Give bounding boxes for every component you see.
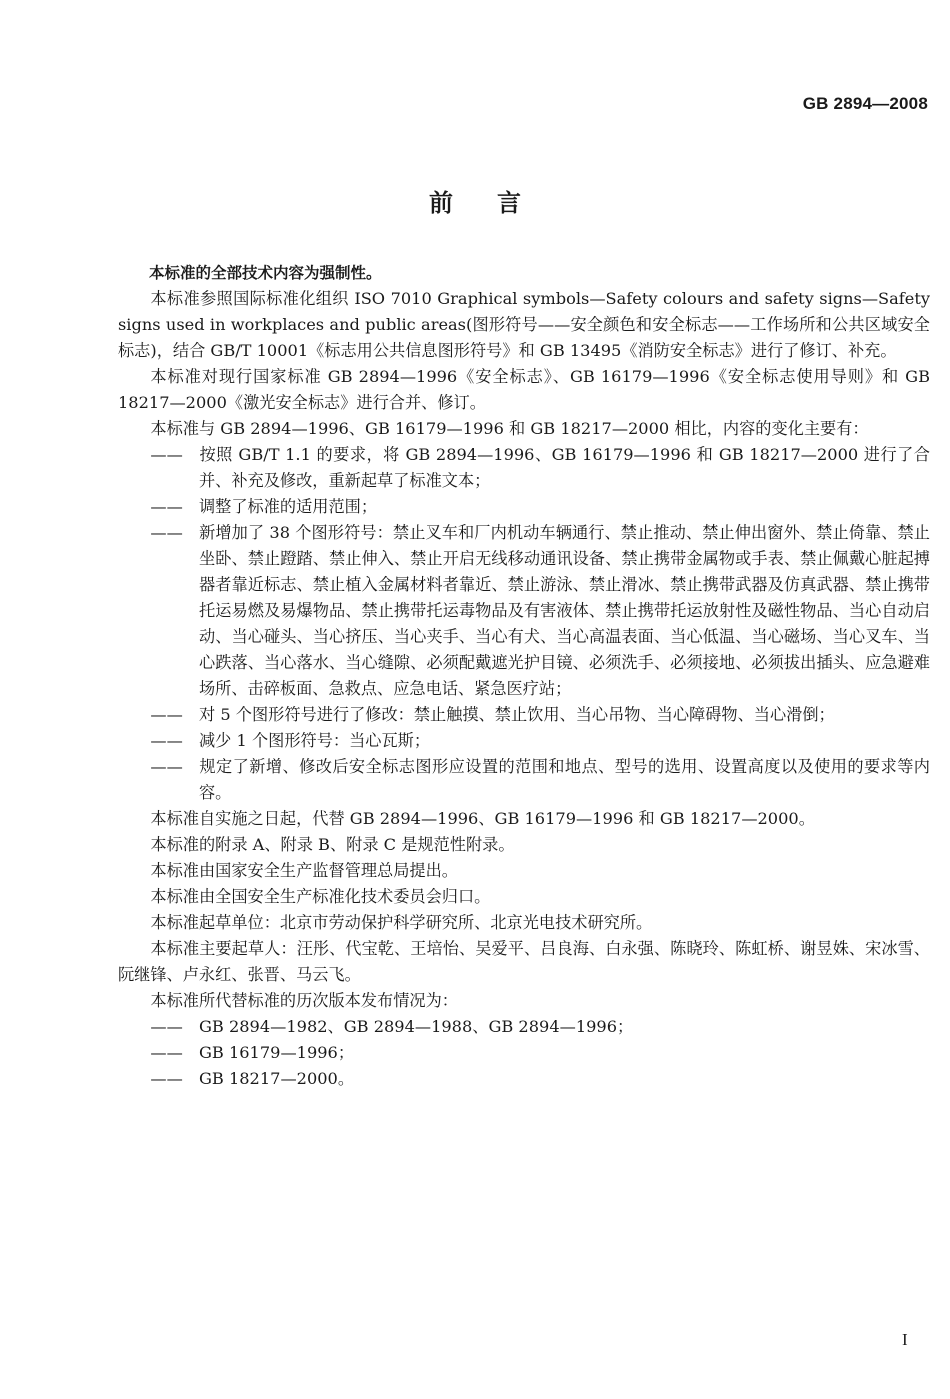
em-dash: —— — [150, 494, 199, 520]
mandatory-statement: 本标准的全部技术内容为强制性。 — [118, 260, 930, 286]
em-dash: —— — [150, 1066, 199, 1092]
em-dash: —— — [150, 520, 199, 546]
paragraph-replacement: 本标准自实施之日起，代替 GB 2894—1996、GB 16179—1996 … — [118, 806, 930, 832]
list-item-history: ——GB 16179—1996； — [150, 1040, 930, 1066]
standard-code: GB 2894—2008 — [803, 94, 928, 114]
paragraph-committee: 本标准由全国安全生产标准化技术委员会归口。 — [118, 884, 930, 910]
list-item-history: ——GB 18217—2000。 — [150, 1066, 930, 1092]
paragraph-drafting-units: 本标准起草单位：北京市劳动保护科学研究所、北京光电技术研究所。 — [118, 910, 930, 936]
list-item-change: ——规定了新增、修改后安全标志图形应设置的范围和地点、型号的选用、设置高度以及使… — [150, 754, 930, 806]
paragraph-history-intro: 本标准所代替标准的历次版本发布情况为： — [118, 988, 930, 1014]
list-item-change: ——按照 GB/T 1.1 的要求，将 GB 2894—1996、GB 1617… — [150, 442, 930, 494]
page-title: 前言 — [0, 183, 950, 218]
list-item-change: ——新增加了 38 个图形符号：禁止叉车和厂内机动车辆通行、禁止推动、禁止伸出窗… — [150, 520, 930, 702]
em-dash: —— — [150, 754, 199, 780]
em-dash: —— — [150, 1040, 199, 1066]
paragraph-merge: 本标准对现行国家标准 GB 2894—1996《安全标志》、GB 16179—1… — [118, 364, 930, 416]
em-dash: —— — [150, 702, 199, 728]
em-dash: —— — [150, 728, 199, 754]
document-body: 本标准的全部技术内容为强制性。 本标准参照国际标准化组织 ISO 7010 Gr… — [118, 260, 930, 1092]
paragraph-drafters: 本标准主要起草人：汪彤、代宝乾、王培怡、吴爱平、吕良海、白永强、陈晓玲、陈虹桥、… — [118, 936, 930, 988]
paragraph-reference-iso: 本标准参照国际标准化组织 ISO 7010 Graphical symbols—… — [118, 286, 930, 364]
list-item-change: ——对 5 个图形符号进行了修改：禁止触摸、禁止饮用、当心吊物、当心障碍物、当心… — [150, 702, 930, 728]
list-item-change: ——调整了标准的适用范围； — [150, 494, 930, 520]
paragraph-changes-intro: 本标准与 GB 2894—1996、GB 16179—1996 和 GB 182… — [118, 416, 930, 442]
list-item-change: ——减少 1 个图形符号：当心瓦斯； — [150, 728, 930, 754]
paragraph-annexes: 本标准的附录 A、附录 B、附录 C 是规范性附录。 — [118, 832, 930, 858]
page-number: I — [902, 1330, 908, 1350]
paragraph-proposer: 本标准由国家安全生产监督管理总局提出。 — [118, 858, 930, 884]
em-dash: —— — [150, 1014, 199, 1040]
list-item-history: ——GB 2894—1982、GB 2894—1988、GB 2894—1996… — [150, 1014, 930, 1040]
em-dash: —— — [150, 442, 199, 468]
